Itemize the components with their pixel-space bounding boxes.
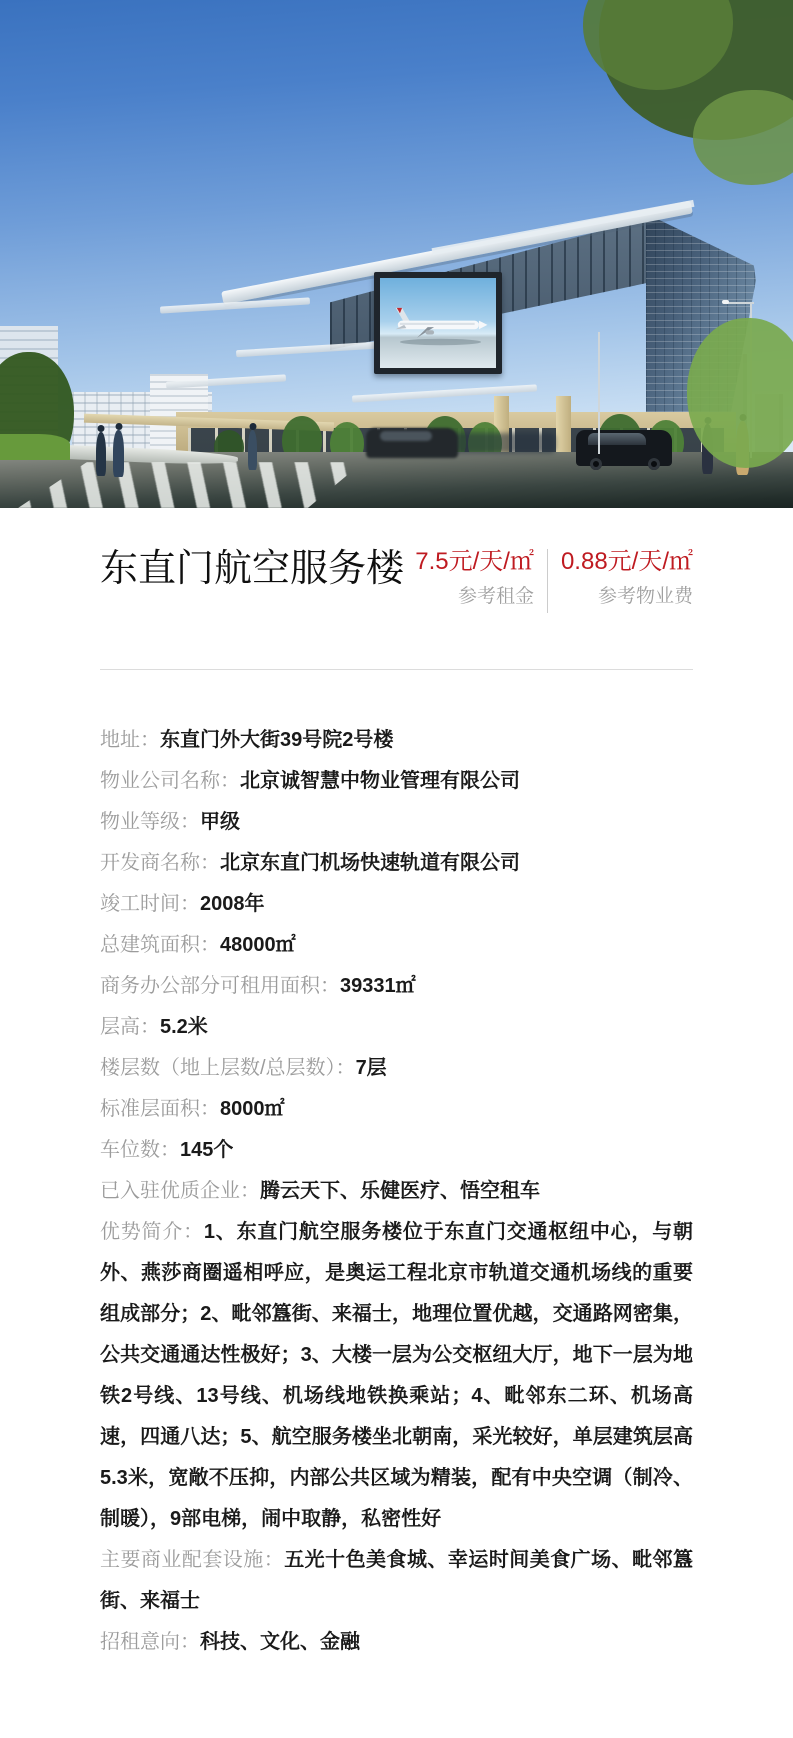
detail-row-advantages: 优势简介：1、东直门航空服务楼位于东直门交通枢纽中心，与朝外、燕莎商圈遥相呼应，… bbox=[100, 1212, 693, 1540]
detail-row-floor-height: 层高：5.2米 bbox=[100, 1007, 693, 1048]
detail-value: 腾云天下、乐健医疗、悟空租车 bbox=[260, 1180, 540, 1202]
detail-value: 7层 bbox=[356, 1057, 387, 1079]
airplane-graphic bbox=[385, 294, 492, 352]
detail-value: 科技、文化、金融 bbox=[200, 1631, 360, 1653]
tree bbox=[687, 318, 793, 468]
billboard bbox=[374, 272, 502, 374]
streetlight-arm bbox=[726, 302, 754, 304]
detail-label: 开发商名称： bbox=[100, 852, 220, 874]
pedestrian bbox=[248, 430, 257, 470]
section-divider bbox=[100, 669, 693, 670]
rent-price-block: 7.5元/天/㎡ 参考租金 bbox=[415, 549, 534, 607]
property-fee-label: 参考物业费 bbox=[598, 587, 693, 607]
detail-row-completion-year: 竣工时间：2008年 bbox=[100, 884, 693, 925]
property-fee-block: 0.88元/天/㎡ 参考物业费 bbox=[561, 549, 693, 607]
car-wheel bbox=[590, 458, 602, 470]
car bbox=[366, 428, 458, 458]
detail-value: 2008年 bbox=[200, 893, 265, 915]
detail-row-retail-amenities: 主要商业配套设施：五光十色美食城、幸运时间美食广场、毗邻簋街、来福士 bbox=[100, 1540, 693, 1622]
detail-label: 招租意向： bbox=[100, 1631, 200, 1653]
detail-label: 层高： bbox=[100, 1016, 160, 1038]
detail-value: 北京诚智慧中物业管理有限公司 bbox=[240, 770, 520, 792]
detail-label: 物业等级： bbox=[100, 811, 200, 833]
streetlight bbox=[598, 332, 600, 454]
detail-row-developer: 开发商名称：北京东直门机场快速轨道有限公司 bbox=[100, 843, 693, 884]
detail-label: 主要商业配套设施： bbox=[100, 1549, 284, 1571]
detail-row-anchor-tenants: 已入驻优质企业：腾云天下、乐健医疗、悟空租车 bbox=[100, 1171, 693, 1212]
detail-label: 竣工时间： bbox=[100, 893, 200, 915]
detail-label: 已入驻优质企业： bbox=[100, 1180, 260, 1202]
detail-row-property-company: 物业公司名称：北京诚智慧中物业管理有限公司 bbox=[100, 761, 693, 802]
rent-price-value: 7.5元/天/㎡ bbox=[415, 549, 534, 575]
entrance-pylon bbox=[556, 396, 571, 452]
detail-label: 楼层数（地上层数/总层数）： bbox=[100, 1057, 356, 1079]
detail-row-typical-floor-area: 标准层面积：8000㎡ bbox=[100, 1089, 693, 1130]
detail-list: 地址：东直门外大街39号院2号楼 物业公司名称：北京诚智慧中物业管理有限公司 物… bbox=[100, 720, 693, 1663]
detail-row-rentable-office-area: 商务办公部分可租用面积：39331㎡ bbox=[100, 966, 693, 1007]
detail-label: 地址： bbox=[100, 729, 160, 751]
detail-value: 5.2米 bbox=[160, 1016, 208, 1038]
detail-label: 车位数： bbox=[100, 1139, 180, 1161]
price-summary: 7.5元/天/㎡ 参考租金 0.88元/天/㎡ 参考物业费 bbox=[415, 549, 693, 613]
detail-row-floor-count: 楼层数（地上层数/总层数）：7层 bbox=[100, 1048, 693, 1089]
detail-row-property-grade: 物业等级：甲级 bbox=[100, 802, 693, 843]
detail-row-parking-spaces: 车位数：145个 bbox=[100, 1130, 693, 1171]
detail-value: 48000㎡ bbox=[220, 934, 296, 956]
detail-label: 标准层面积： bbox=[100, 1098, 220, 1120]
listing-content: 东直门航空服务楼 7.5元/天/㎡ 参考租金 0.88元/天/㎡ 参考物业费 地… bbox=[100, 549, 693, 1663]
car-wheel bbox=[648, 458, 660, 470]
pedestrian bbox=[113, 430, 124, 477]
rent-price-label: 参考租金 bbox=[458, 587, 534, 607]
detail-label: 商务办公部分可租用面积： bbox=[100, 975, 340, 997]
pedestrian bbox=[96, 432, 106, 476]
detail-value: 北京东直门机场快速轨道有限公司 bbox=[220, 852, 520, 874]
detail-label: 优势简介： bbox=[100, 1221, 204, 1243]
detail-value: 39331㎡ bbox=[340, 975, 416, 997]
detail-label: 总建筑面积： bbox=[100, 934, 220, 956]
detail-row-leasing-intent: 招租意向：科技、文化、金融 bbox=[100, 1622, 693, 1663]
detail-value: 8000㎡ bbox=[220, 1098, 285, 1120]
billboard-screen bbox=[380, 278, 496, 368]
detail-label: 物业公司名称： bbox=[100, 770, 240, 792]
detail-row-gross-floor-area: 总建筑面积：48000㎡ bbox=[100, 925, 693, 966]
page-title: 东直门航空服务楼 bbox=[100, 549, 404, 589]
detail-value: 东直门外大街39号院2号楼 bbox=[160, 729, 393, 751]
price-divider bbox=[547, 549, 548, 613]
property-fee-value: 0.88元/天/㎡ bbox=[561, 549, 693, 575]
detail-value: 1、东直门航空服务楼位于东直门交通枢纽中心，与朝外、燕莎商圈遥相呼应，是奥运工程… bbox=[100, 1221, 693, 1530]
grass bbox=[0, 434, 70, 460]
streetlight-lamp bbox=[722, 300, 729, 304]
hero-image bbox=[0, 0, 793, 508]
detail-value: 甲级 bbox=[200, 811, 240, 833]
detail-value: 145个 bbox=[180, 1139, 233, 1161]
listing-header: 东直门航空服务楼 7.5元/天/㎡ 参考租金 0.88元/天/㎡ 参考物业费 bbox=[100, 549, 693, 613]
detail-row-address: 地址：东直门外大街39号院2号楼 bbox=[100, 720, 693, 761]
